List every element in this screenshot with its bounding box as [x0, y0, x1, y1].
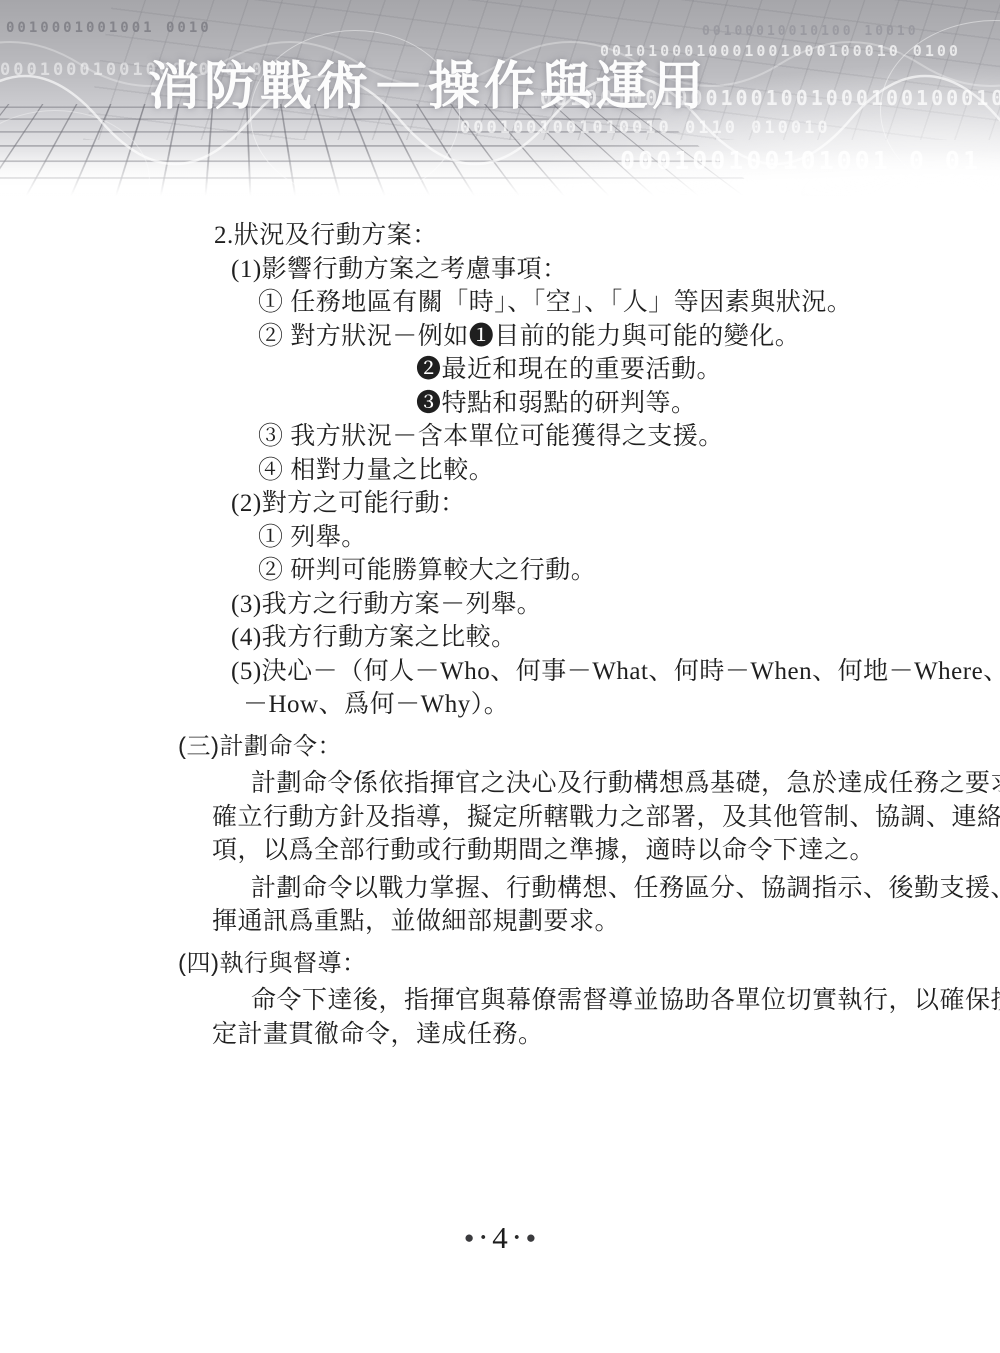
text-line: ② 對方狀況－例如❶目前的能力與可能的變化。 — [258, 320, 1000, 354]
text-line: ② 研判可能勝算較大之行動。 — [258, 554, 1000, 588]
footer-separator: · — [513, 1225, 521, 1251]
section-heading: (三)計劃命令： — [178, 730, 1000, 764]
text-line: 命令下達後，指揮官與幕僚需督導並協助各單位切實執行，以確保按預 — [251, 984, 1000, 1018]
text-line: ① 列舉。 — [258, 521, 1000, 555]
section-heading: (四)執行與督導： — [178, 947, 1000, 981]
text-line: 計劃命令係依指揮官之決心及行動構想爲基礎，急於達成任務之要求， — [251, 767, 1000, 801]
text-line: ❸特點和弱點的研判等。 — [416, 387, 1000, 421]
page-banner: 0010001001001 0010 00010001001000100010 … — [0, 0, 1000, 196]
footer-dot-icon: ● — [464, 1228, 474, 1247]
footer-dot-icon: ● — [526, 1228, 536, 1247]
binary-text-row: 00100010010100 10010 — [702, 24, 919, 39]
text-line: (1)影響行動方案之考慮事項： — [231, 253, 1000, 287]
binary-text-row: 0010001001001 0010 — [6, 20, 212, 36]
text-line: 項，以爲全部行動或行動期間之準據，適時以命令下達之。 — [212, 834, 1000, 868]
text-line: ③ 我方狀況－含本單位可能獲得之支援。 — [258, 420, 1000, 454]
text-line: 定計畫貫徹命令，達成任務。 — [212, 1018, 1000, 1052]
text-line: (3)我方之行動方案－列舉。 — [231, 588, 1000, 622]
text-line: 2.狀況及行動方案： — [214, 219, 1000, 253]
text-line: (5)決心－（何人－Who、何事－What、何時－When、何地－Where、如… — [231, 655, 1000, 689]
document-body: 2.狀況及行動方案： (1)影響行動方案之考慮事項： ① 任務地區有關「時」、「… — [0, 196, 1000, 1051]
footer-separator: · — [479, 1225, 487, 1251]
text-line: 揮通訊爲重點，並做細部規劃要求。 — [212, 905, 1000, 939]
text-line: ❷最近和現在的重要活動。 — [416, 353, 1000, 387]
text-line: 計劃命令以戰力掌握、行動構想、任務區分、協調指示、後勤支援、指 — [251, 872, 1000, 906]
text-line: 確立行動方針及指導，擬定所轄戰力之部署，及其他管制、協調、連絡等事 — [212, 801, 1000, 835]
page-number: 4 — [492, 1220, 508, 1255]
page-banner-title: 消防戰術－操作與運用 — [148, 44, 708, 119]
banner-bottom-fade — [0, 150, 1000, 196]
text-line: (2)對方之可能行動： — [231, 487, 1000, 521]
text-line: ④ 相對力量之比較。 — [258, 454, 1000, 488]
text-line: (4)我方行動方案之比較。 — [231, 621, 1000, 655]
text-line: ① 任務地區有關「時」、「空」、「人」等因素與狀況。 — [258, 286, 1000, 320]
document-page: 0010001001001 0010 00010001001000100010 … — [0, 0, 1000, 1353]
text-line: －How、爲何－Why）。 — [243, 688, 1000, 722]
page-number-footer: ●·4·● — [0, 1220, 1000, 1256]
